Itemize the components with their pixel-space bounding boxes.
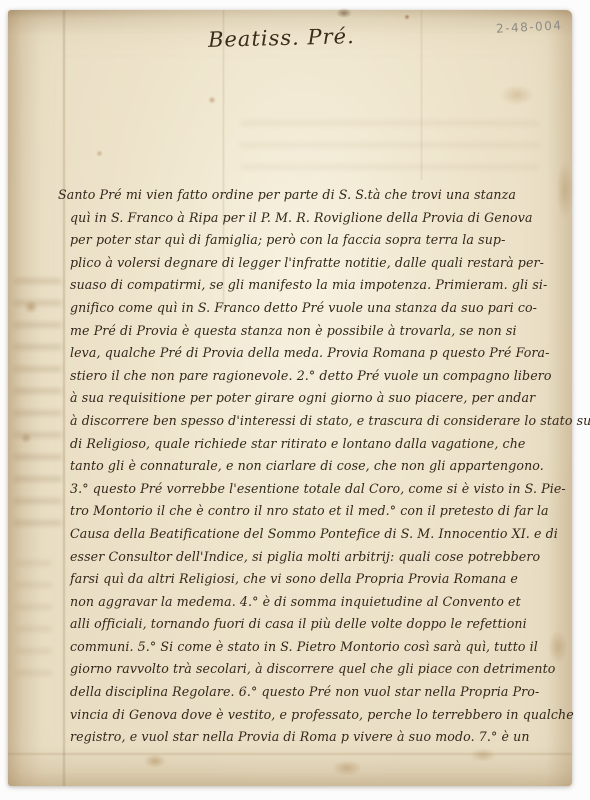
fold-crease-bottom — [8, 752, 572, 756]
manuscript-line: Causa della Beatificatione del Sommo Pon… — [70, 523, 572, 546]
manuscript-line: giorno ravvolto trà secolari, à discorre… — [70, 658, 572, 681]
manuscript-scan: 2-48-004 Beatiss. Pré. Santo Pré mi vien… — [0, 0, 590, 800]
manuscript-line: della disciplina Regolare. 6.° questo Pr… — [70, 681, 572, 704]
manuscript-line: tanto gli è connaturale, e non ciarlare … — [70, 455, 572, 478]
manuscript-line: plico à volersi degnare di legger l'infr… — [70, 252, 572, 275]
ink-bleedthrough — [14, 278, 62, 538]
manuscript-line: per poter star quì di famiglia; però con… — [70, 229, 572, 252]
manuscript-line: esser Consultor dell'Indice, si piglia m… — [70, 546, 572, 569]
fold-crease-left — [62, 10, 66, 786]
manuscript-line: tro Montorio il che è contro il nro stat… — [70, 500, 572, 523]
manuscript-line: communi. 5.° Si come è stato in S. Pietr… — [70, 636, 572, 659]
ink-bleedthrough — [16, 560, 52, 680]
manuscript-line: à discorrere ben spesso d'interessi di s… — [70, 410, 572, 433]
manuscript-line: me Pré di Provia è questa stanza non è p… — [70, 320, 572, 343]
letter-body: Santo Pré mi vien fatto ordine per parte… — [70, 184, 572, 749]
manuscript-line: alli officiali, tornando fuori di casa i… — [70, 613, 572, 636]
manuscript-line: à sua requisitione per poter girare ogni… — [70, 387, 572, 410]
manuscript-line: stiero il che non pare ragionevole. 2.° … — [70, 365, 572, 388]
manuscript-line: leva, qualche Pré di Provia della meda. … — [70, 342, 572, 365]
manuscript-line: Santo Pré mi vien fatto ordine per parte… — [58, 184, 572, 207]
manuscript-line: registro, e vuol star nella Provia di Ro… — [70, 726, 572, 749]
manuscript-line: 3.° questo Pré vorrebbe l'esentione tota… — [70, 478, 572, 501]
manuscript-line: quì in S. Franco à Ripa per il P. M. R. … — [70, 207, 572, 230]
manuscript-line: gnifico come quì in S. Franco detto Pré … — [70, 297, 572, 320]
manuscript-line: suaso di compatirmi, se gli manifesto la… — [70, 274, 572, 297]
manuscript-line: vincia di Genova dove è vestito, e profe… — [70, 704, 572, 727]
manuscript-line: non aggravar la medema. 4.° è di somma i… — [70, 591, 572, 614]
ink-bleedthrough — [240, 120, 540, 170]
manuscript-line: farsi quì da altri Religiosi, che vi son… — [70, 568, 572, 591]
manuscript-line: di Religioso, quale richiede star ritira… — [70, 433, 572, 456]
letter-salutation: Beatiss. Pré. — [208, 24, 355, 52]
